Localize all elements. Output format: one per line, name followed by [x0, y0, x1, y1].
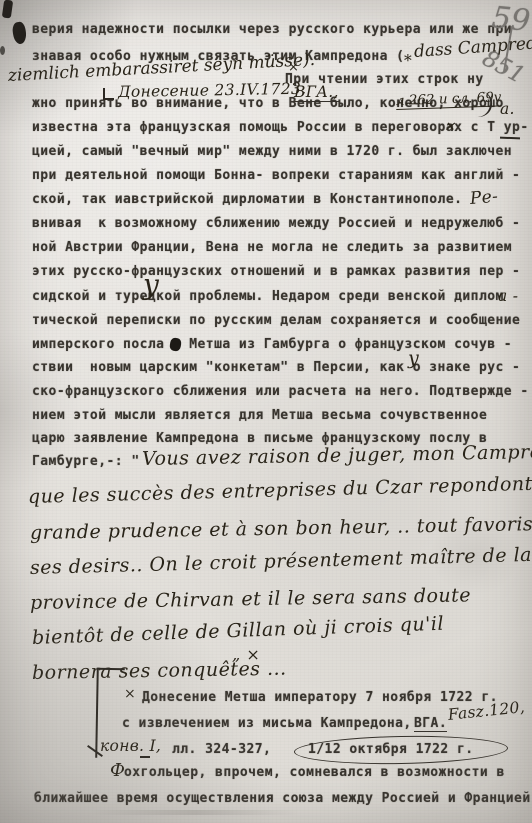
scan-artifact-speck: [0, 46, 5, 55]
handwritten-footnote-mark: ×: [288, 60, 299, 75]
typed-line: ствии новым царским "конкетам" в Персии,…: [32, 360, 520, 375]
handwritten-insert-mark: [103, 88, 114, 100]
handwritten-french-quote-line: province de Chirvan et il le sera sans d…: [30, 584, 471, 614]
handwritten-source-note: Донесение 23.IV.1723,: [118, 80, 307, 101]
typed-line: имперского посла в Метша из Гамбурга о ф…: [32, 337, 512, 352]
typed-line: Гамбурге,-: ": [32, 454, 140, 469]
typed-line: при деятельной помощи Бонна- вопреки ста…: [32, 168, 520, 183]
typed-line: ско-французского сближения или расчета н…: [32, 384, 529, 399]
typed-line: цией, самый "вечный мир" между ними в 17…: [32, 144, 512, 159]
typed-line: внивая к возможному сближению между Росс…: [32, 216, 520, 231]
handwritten-letter-correction: а.: [500, 100, 515, 118]
typed-line: тической переписки по русским делам сохр…: [32, 313, 520, 328]
footnote-line: с извлечением из мисьма Кампредона,: [122, 716, 412, 731]
handwritten-french-quote-line: bientôt de celle de Gillan où ji crois q…: [32, 613, 445, 649]
handwritten-quote-close-mark: „ ×: [232, 645, 260, 664]
handwritten-circle-around-date: [294, 734, 508, 766]
scanned-document-page: верия надежности посылки через русского …: [0, 0, 532, 823]
typed-line: верия надежности посылки через русского …: [32, 22, 512, 37]
handwritten-underline: [500, 137, 520, 140]
typed-line: нием этой мысли является для Метша весьм…: [32, 408, 487, 423]
typed-line: охгольцер, впрочем, сомневался в возможн…: [124, 765, 505, 780]
handwritten-strikeout-mark: ✕: [444, 120, 455, 135]
handwritten-insert-star: *: [404, 52, 412, 70]
typed-line: ближайшее время осуществления союза межд…: [34, 791, 531, 806]
typed-line: ской, так иавстрийской дирломатии в Конс…: [32, 192, 462, 207]
typed-line: этих русско-французских отношений и в ра…: [32, 264, 520, 279]
handwritten-letter-correction: у: [143, 268, 159, 301]
handwritten-underline: [140, 756, 150, 758]
footnote-asterisk-mark: ×: [124, 686, 136, 702]
scan-artifact-blob: [11, 21, 28, 45]
footnote-archive-abbr: ВГА.: [414, 716, 447, 732]
scan-streak: [90, 810, 300, 815]
typed-line: сидской и турецкой проблемы. Недаром сре…: [32, 289, 504, 304]
scan-stain: [430, 515, 520, 595]
handwritten-letter-correction: а -: [498, 287, 518, 305]
handwritten-konvolut-note: конв. I,: [100, 737, 161, 755]
handwritten-letter-correction: Ре-: [469, 187, 499, 209]
scan-artifact-blob: [2, 0, 13, 19]
footnote-line: Донесение Метша императору 7 ноября 1722…: [142, 690, 498, 705]
handwritten-french-quote-line: que les succès des entreprises du Czar r…: [28, 472, 532, 508]
handwritten-source-note-vga: ВГА.,: [294, 83, 339, 102]
typed-line: ной Австрии Франции, Вена не могла не сл…: [32, 240, 512, 255]
handwritten-letter-correction: у: [408, 347, 419, 369]
footnote-line: лл. 324-327,: [172, 742, 271, 757]
handwritten-letter-correction: Ф: [110, 760, 125, 781]
